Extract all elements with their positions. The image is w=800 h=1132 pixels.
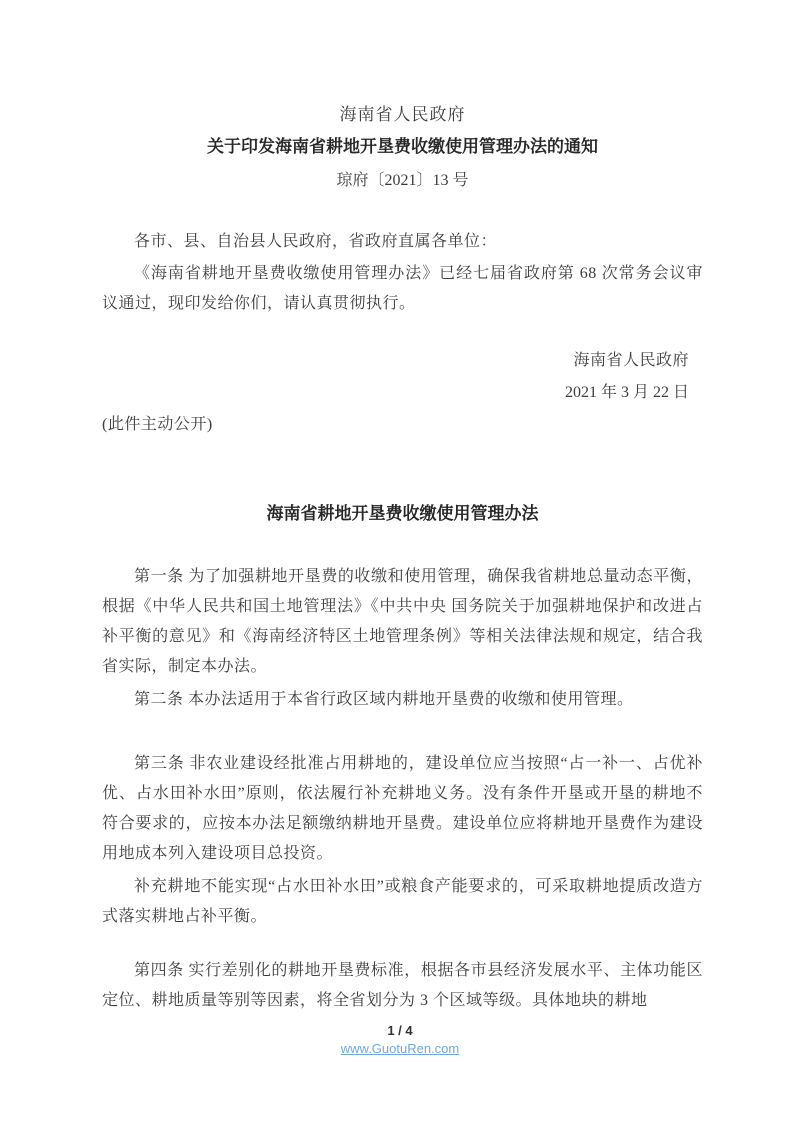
articles-section: 第一条 为了加强耕地开垦费的收缴和使用管理，确保我省耕地总量动态平衡，根据《中华… (102, 562, 703, 1016)
signature-issuer: 海南省人民政府 (102, 346, 703, 376)
article-paragraph-1: 第一条 为了加强耕地开垦费的收缴和使用管理，确保我省耕地总量动态平衡，根据《中华… (102, 562, 703, 682)
article-paragraph-3: 第三条 非农业建设经批准占用耕地的，建设单位应当按照“占一补一、占优补优、占水田… (102, 749, 703, 869)
measures-title: 海南省耕地开垦费收缴使用管理办法 (102, 498, 703, 530)
signature-date: 2021 年 3 月 22 日 (102, 378, 703, 408)
doc-number: 琼府〔2021〕13 号 (102, 166, 703, 196)
article-paragraph-4: 补充耕地不能实现“占水田补水田”或粮食产能要求的，可采取耕地提质改造方式落实耕地… (102, 872, 703, 932)
page-number-indicator: 1 / 4 (0, 1022, 800, 1040)
footer-website-link[interactable]: www.GuotuRen.com (341, 1040, 460, 1058)
page-footer: 1 / 4 www.GuotuRen.com (0, 1022, 800, 1058)
document-content: 海南省人民政府 关于印发海南省耕地开垦费收缴使用管理办法的通知 琼府〔2021〕… (102, 0, 703, 1016)
disclosure-note: (此件主动公开) (102, 410, 703, 440)
document-page: 海南省人民政府 关于印发海南省耕地开垦费收缴使用管理办法的通知 琼府〔2021〕… (0, 0, 800, 1132)
notice-title: 关于印发海南省耕地开垦费收缴使用管理办法的通知 (102, 131, 703, 163)
issuer-line: 海南省人民政府 (102, 100, 703, 130)
article-paragraph-5: 第四条 实行差别化的耕地开垦费标准，根据各市县经济发展水平、主体功能区定位、耕地… (102, 956, 703, 1016)
article-paragraph-2: 第二条 本办法适用于本省行政区域内耕地开垦费的收缴和使用管理。 (102, 685, 703, 715)
salutation: 各市、县、自治县人民政府，省政府直属各单位： (102, 227, 703, 257)
notice-body: 《海南省耕地开垦费收缴使用管理办法》已经七届省政府第 68 次常务会议审议通过，… (102, 259, 703, 319)
